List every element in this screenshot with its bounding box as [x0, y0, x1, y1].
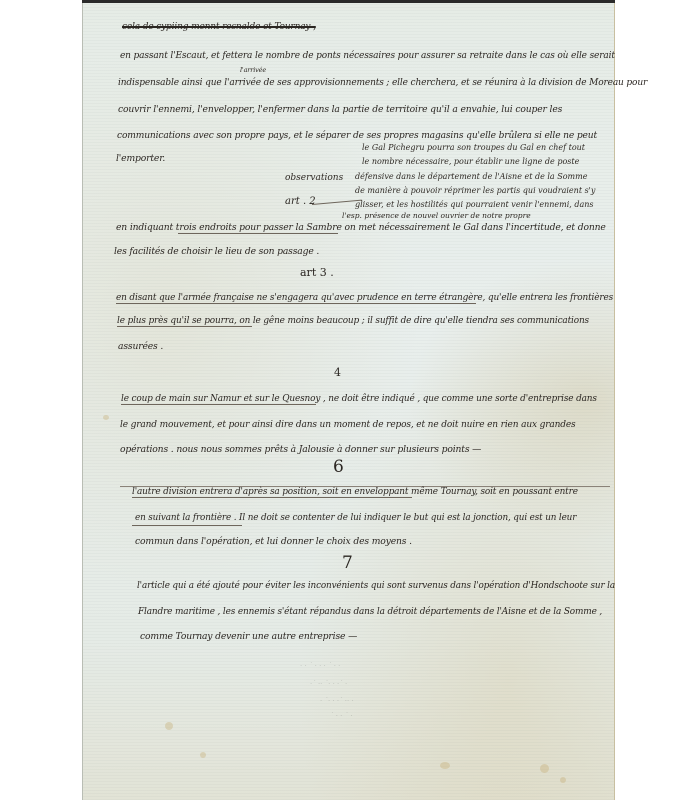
scan-top-edge: [82, 0, 615, 3]
margin-note-line: le Gal Pichegru pourra son troupes du Ga…: [362, 143, 585, 152]
text-line: commun dans l'opération, et lui donner l…: [135, 536, 412, 547]
text-line: opérations . nous nous sommes prêts à Ja…: [120, 444, 481, 455]
margin-note-line: l'esp. présence de nouvel ouvrier de not…: [342, 211, 531, 220]
foxing-stain: [165, 722, 173, 730]
reverse-side-bleed: ·˙ ·· ˙· · ·˙ ·: [310, 680, 347, 688]
text-line: Flandre maritime , les ennemis s'étant r…: [138, 606, 602, 617]
text-line: le plus près qu'il se pourra, on le gêne…: [117, 315, 589, 326]
text-line: l'emporter.: [116, 153, 165, 164]
text-segment: en indiquant trois endroits pour passer …: [116, 222, 606, 233]
text-line: en suivant la frontière . Il ne doit se …: [135, 512, 576, 523]
text-line: en indiquant trois endroits pour passer …: [116, 222, 606, 233]
reverse-side-bleed: · ˙· · ·˙ ·· ·: [320, 697, 354, 705]
text-line: communications avec son propre pays, et …: [117, 130, 597, 141]
foxing-stain: [200, 752, 206, 758]
underline: [117, 326, 252, 327]
text-line: en disant que l'armée française ne s'eng…: [116, 292, 613, 303]
text-line: en passant l'Escaut, et fettera le nombr…: [120, 50, 615, 61]
reverse-side-bleed: ˙ · · ˙ ·: [330, 712, 353, 720]
underline: [178, 233, 338, 234]
margin-note-label: observations: [285, 173, 343, 183]
foxing-stain: [540, 764, 549, 773]
underline: [132, 525, 242, 526]
foxing-stain: [103, 415, 109, 420]
margin-note-line: défensive dans le département de l'Aisne…: [355, 172, 587, 181]
struck-line: cela de cypiing mennt resnalde et Tourna…: [122, 22, 316, 32]
reverse-side-bleed: · · ˙ · · · ˙ · ·: [300, 662, 340, 670]
text-line: assurées .: [118, 341, 163, 352]
section-7-number: 7: [342, 553, 353, 573]
text-line: comme Tournay devenir une autre entrepri…: [140, 631, 357, 642]
underline: [116, 303, 476, 304]
text-line: les facilités de choisir le lieu de son …: [114, 246, 319, 257]
margin-note-line: le nombre nécessaire, pour établir une l…: [362, 157, 579, 166]
text-line: indispensable ainsi que l'arrivée de ses…: [118, 77, 647, 88]
margin-note-line: glisser, et les hostilités qui pourraien…: [355, 200, 594, 209]
margin-note-line: de manière à pouvoir réprimer les partis…: [355, 186, 595, 195]
text-line: couvrir l'ennemi, l'envelopper, l'enferm…: [118, 104, 562, 115]
foxing-stain: [560, 777, 566, 783]
text-line: l'article qui a été ajouté pour éviter l…: [137, 580, 615, 591]
article-2-heading: art . 2: [285, 196, 316, 207]
section-4-number: 4: [334, 366, 341, 379]
foxing-stain: [440, 762, 450, 769]
section-6-number: 6: [333, 457, 344, 477]
text-line: l'autre division entrera d'après sa posi…: [132, 486, 578, 497]
underline: [132, 497, 412, 498]
underline: [121, 404, 316, 405]
text-line: le coup de main sur Namur et sur le Ques…: [121, 393, 597, 404]
insertion-note: l'arrivée: [240, 66, 266, 74]
article-3-heading: art 3 .: [300, 266, 334, 279]
text-line: le grand mouvement, et pour ainsi dire d…: [120, 419, 576, 430]
